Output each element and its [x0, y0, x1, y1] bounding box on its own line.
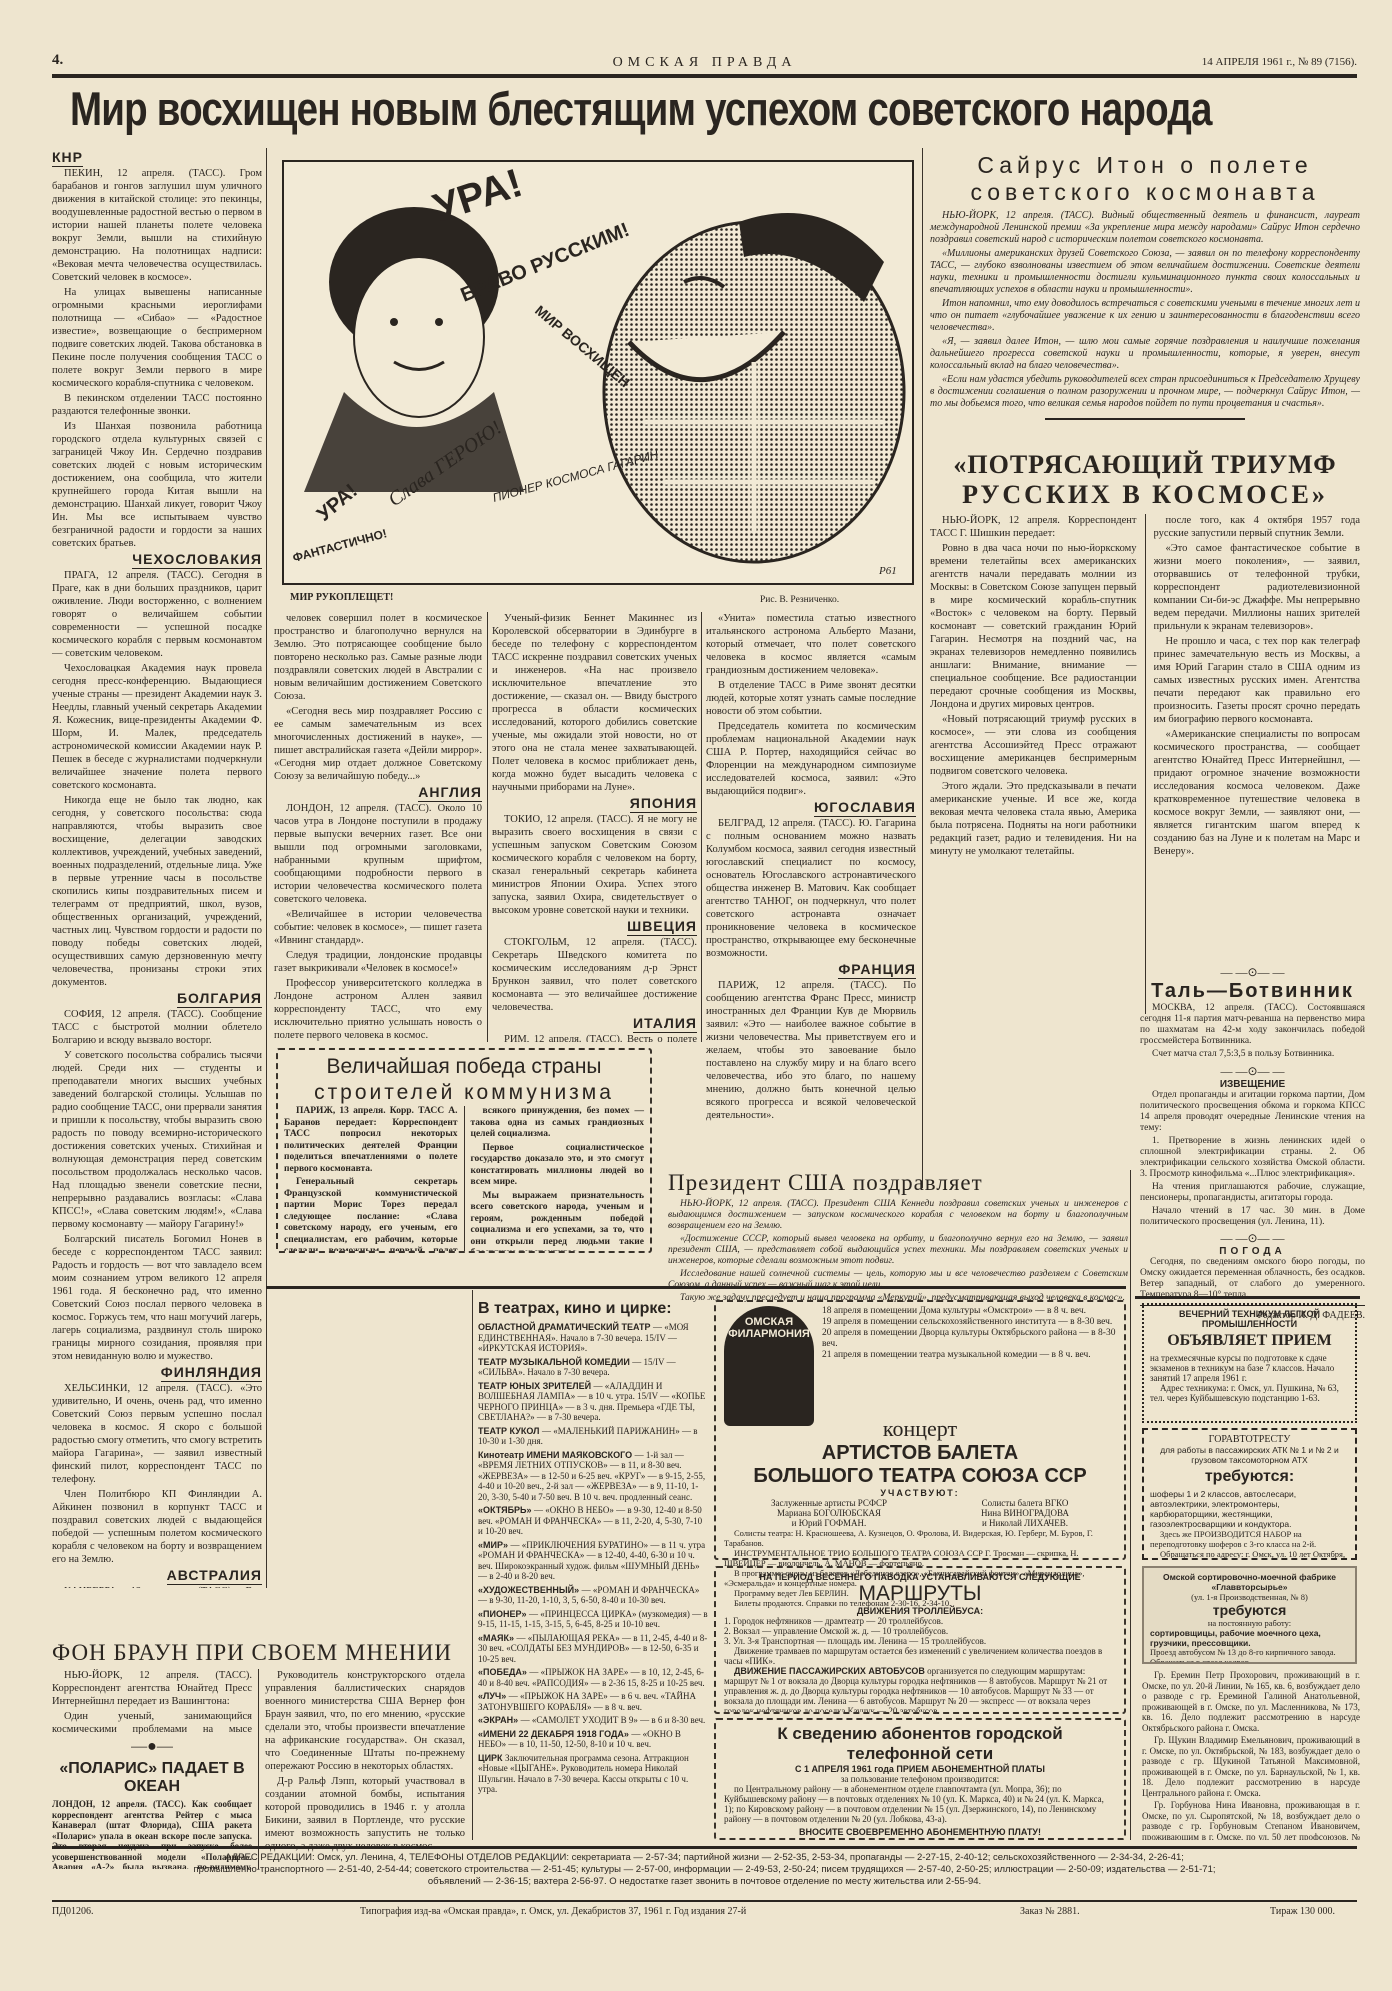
- venue-schedule: — «САМОЛЕТ УХОДИТ В 9» — в 6 и 8-30 веч.: [521, 1715, 706, 1725]
- paragraph: «Унита» поместила статью известного итал…: [706, 612, 916, 677]
- theater-listing-item: Кинотеатр ИМЕНИ МАЯКОВСКОГО — 1-й зал — …: [478, 1450, 708, 1503]
- theater-listing-item: «ЭКРАН» — «САМОЛЕТ УХОДИТ В 9» — в 6 и 8…: [478, 1715, 708, 1726]
- paragraph: Руководитель конструкторского отдела упр…: [265, 1669, 465, 1773]
- vonbraun-headline: ФОН БРАУН ПРИ СВОЕМ МНЕНИИ: [52, 1640, 467, 1666]
- triumph-article: «ПОТРЯСАЮЩИЙ ТРИУМФ РУССКИХ В КОСМОСЕ» Н…: [930, 450, 1360, 1014]
- venue-name: ТЕАТР КУКОЛ: [478, 1426, 542, 1436]
- paragraph: Итон напомнил, что ему доводилось встреч…: [930, 298, 1360, 334]
- column-world-reactions: КНРПЕКИН, 12 апреля. (ТАСС). Гром бараба…: [52, 148, 262, 1588]
- venue-name: «ИМЕНИ 22 ДЕКАБРЯ 1918 ГОДА»: [478, 1729, 631, 1739]
- factory-org: Омской сортировочно-моечной фабрике «Гла…: [1150, 1572, 1349, 1592]
- technikum-org: ВЕЧЕРНИЙ ТЕХНИКУМ ЛЕГКОЙ ПРОМЫШЛЕННОСТИ: [1150, 1309, 1349, 1329]
- weather-heading: ПОГОДА: [1140, 1246, 1365, 1257]
- telephone-ad: К сведению абонентов городской телефонно…: [714, 1718, 1126, 1840]
- factory-text1: на постоянную работу:: [1150, 1618, 1349, 1628]
- venue-name: «ХУДОЖЕСТВЕННЫЙ»: [478, 1585, 582, 1595]
- theater-listing-item: «МАЯК» — «ПЫЛАЮЩАЯ РЕКА» — в 11, 2-45, 4…: [478, 1633, 708, 1665]
- triumph-headline-2: РУССКИХ В КОСМОСЕ»: [930, 480, 1360, 510]
- venue-name: Кинотеатр ИМЕНИ МАЯКОВСКОГО: [478, 1450, 635, 1460]
- theaters-listing: В театрах, кино и цирке: ОБЛАСТНОЙ ДРАМА…: [478, 1300, 708, 1840]
- paragraph: «Если нам удастся убедить руководителей …: [930, 374, 1360, 410]
- routes-ad: НА ПЕРИОД ВЕСЕННЕГО ПАВОДКА УСТАНАВЛИВАЮ…: [714, 1566, 1126, 1714]
- masthead-rule: [52, 74, 1357, 78]
- paragraph: ПЕКИН, 12 апреля. (ТАСС). Гром барабанов…: [52, 167, 262, 284]
- divorce-notice: Гр. Еремин Петр Прохорович, проживающий …: [1142, 1670, 1360, 1733]
- paragraph: Мы выражаем признательность всего советс…: [470, 1191, 644, 1254]
- paragraph: ТОКИО, 12 апреля. (ТАСС). Я не могу не в…: [492, 813, 697, 917]
- paragraph: ПРАГА, 12 апреля. (ТАСС). Сегодня в Праг…: [52, 569, 262, 660]
- paragraph: СОФИЯ, 12 апреля. (ТАСС). Сообщение ТАСС…: [52, 1008, 262, 1047]
- theater-listing-item: «ИМЕНИ 22 ДЕКАБРЯ 1918 ГОДА» — «ОКНО В Н…: [478, 1729, 708, 1750]
- paragraph: ЛОНДОН, 12 апреля. (ТАСС). Около 10 часо…: [274, 802, 482, 906]
- masthead: 4. ОМСКАЯ ПРАВДА 14 АПРЕЛЯ 1961 г., № 89…: [52, 52, 1357, 74]
- technikum-text: на трехмесячные курсы по подготовке к сд…: [1150, 1353, 1349, 1383]
- theater-listing-item: «ЛУЧ» — «ПРЫЖОК НА ЗАРЕ» — в 6 ч. веч. «…: [478, 1691, 708, 1712]
- paragraph: В пекинском отделении ТАСС постоянно раз…: [52, 392, 262, 418]
- theater-listing-item: ТЕАТР КУКОЛ — «МАЛЕНЬКИЙ ПАРИЖАНИН» — в …: [478, 1426, 708, 1447]
- divorce-notice: Гр. Горбунова Нина Ивановна, проживающая…: [1142, 1800, 1360, 1840]
- concert-date: 21 апреля в помещении театра музыкальной…: [822, 1350, 1116, 1361]
- paragraph: Профессор университетского колледжа в Ло…: [274, 977, 482, 1042]
- paragraph: «Американские специалисты по вопросам ко…: [1154, 728, 1361, 858]
- venue-name: ТЕАТР МУЗЫКАЛЬНОЙ КОМЕДИИ: [478, 1357, 632, 1367]
- theater-listing-item: «ПОБЕДА» — «ПРЫЖОК НА ЗАРЕ» — в 10, 12, …: [478, 1667, 708, 1688]
- paragraph: Начало чтений в 17 час. 30 мин. в Доме п…: [1140, 1206, 1365, 1228]
- paragraph: Генеральный секретарь Французской коммун…: [284, 1177, 458, 1253]
- factory-text3: Проезд автобусом № 13 до 8-го кирпичного…: [1150, 1648, 1349, 1664]
- venue-schedule: — «ПРИКЛЮЧЕНИЯ БУРАТИНО» — в 11 ч. утра …: [478, 1540, 705, 1582]
- footer-order: Заказ № 2881.: [1020, 1906, 1080, 1917]
- paragraph: ПАРИЖ, 12 апреля. (ТАСС). По сообщению а…: [706, 979, 916, 1122]
- paragraph: ПАРИЖ, 13 апреля. Корр. ТАСС А. Баранов …: [284, 1106, 458, 1175]
- paragraph: Д-р Ральф Лэпп, который участвовал в соз…: [265, 1775, 465, 1853]
- section-heading: ЯПОНИЯ: [492, 797, 697, 810]
- triumph-headline-1: «ПОТРЯСАЮЩИЙ ТРИУМФ: [930, 450, 1360, 480]
- paragraph: всякого принуждения, без помех — такова …: [470, 1106, 644, 1141]
- performer: Заслуженные артисты РСФСР: [771, 1498, 887, 1508]
- footer-address: АДРЕС РЕДАКЦИИ: Омск, ул. Ленина, 4, ТЕЛ…: [52, 1852, 1357, 1888]
- footer-code: ПД01206.: [52, 1906, 94, 1917]
- venue-schedule: Заключительная программа сезона. Аттракц…: [478, 1753, 689, 1795]
- cartoon-credit: Рис. В. Резниченко.: [760, 595, 839, 605]
- section-heading: БОЛГАРИЯ: [52, 992, 262, 1005]
- paragraph: Счет матча стал 7,5:3,5 в пользу Ботвинн…: [1140, 1049, 1365, 1060]
- trolley-route: 1. Городок нефтяников — драмтеатр — 20 т…: [724, 1616, 1116, 1626]
- issue-info: 14 АПРЕЛЯ 1961 г., № 89 (7156).: [1202, 56, 1357, 68]
- gorautotrest-address: Обращаться по адресу: г. Омск, ул. 10 ле…: [1150, 1549, 1349, 1560]
- president-headline: Президент США поздравляет: [668, 1170, 1128, 1196]
- section-heading: ЧЕХОСЛОВАКИЯ: [52, 553, 262, 566]
- vonbraun-article: ФОН БРАУН ПРИ СВОЕМ МНЕНИИ НЬЮ-ЙОРК, 12 …: [52, 1640, 467, 1869]
- theater-listing-item: «ХУДОЖЕСТВЕННЫЙ» — «РОМАН И ФРАНЧЕСКА» —…: [478, 1585, 708, 1606]
- theater-listing-item: «ОКТЯБРЬ» — «ОКНО В НЕБО» — в 9-30, 12-4…: [478, 1505, 708, 1537]
- paragraph: «Это самое фантастическое событие в жизн…: [1154, 542, 1361, 633]
- theater-listing-item: ТЕАТР ЮНЫХ ЗРИТЕЛЕЙ — «АЛАДДИН И ВОЛШЕБН…: [478, 1381, 708, 1423]
- polaris-headline: «ПОЛАРИС» ПАДАЕТ В ОКЕАН: [52, 1760, 252, 1796]
- paragraph: На чтения приглашаются рабочие, служащие…: [1140, 1182, 1365, 1204]
- theater-listing-item: ТЕАТР МУЗЫКАЛЬНОЙ КОМЕДИИ — 15/IV — «СИЛ…: [478, 1357, 708, 1378]
- performer: Солисты балета ВГКО: [981, 1498, 1069, 1508]
- column-japan-sweden: Ученый-физик Беннет Макиннес из Королевс…: [492, 612, 697, 1042]
- paragraph: МОСКВА, 12 апреля. (ТАСС). Состоявшаяся …: [1140, 1003, 1365, 1047]
- paragraph: На улицах вывешены написанные огромными …: [52, 286, 262, 390]
- venue-name: «ПИОНЕР»: [478, 1609, 529, 1619]
- gorautotrest-text: шоферы 1 и 2 классов, автослесари, автоэ…: [1150, 1489, 1349, 1529]
- trolley-heading: ДВИЖЕНИЯ ТРОЛЛЕЙБУСА:: [724, 1606, 1116, 1616]
- paragraph: НЬЮ-ЙОРК, 12 апреля. Корреспондент ТАСС …: [930, 514, 1137, 540]
- paragraph: человек совершил полет в космическое про…: [274, 612, 482, 703]
- paragraph: ХЕЛЬСИНКИ, 12 апреля. (ТАСС). «Это удиви…: [52, 1382, 262, 1486]
- concert-title-2: БОЛЬШОГО ТЕАТРА СОЮЗА ССР: [724, 1465, 1116, 1488]
- performer: Нина ВИНОГРАДОВА: [981, 1508, 1069, 1518]
- theater-listing-item: ЦИРК Заключительная программа сезона. Ат…: [478, 1753, 708, 1795]
- theaters-heading: В театрах, кино и цирке:: [478, 1300, 708, 1318]
- venue-name: «ОКТЯБРЬ»: [478, 1505, 534, 1515]
- paragraph: БЕЛГРАД, 12 апреля. (ТАСС). Ю. Гагарина …: [706, 817, 916, 960]
- paragraph: Никогда еще не было так людно, как сегод…: [52, 794, 262, 989]
- paragraph: Один ученый, занимающийся космическими п…: [52, 1710, 252, 1734]
- paragraph: Не прошло и часа, с тех пор как телеграф…: [1154, 635, 1361, 726]
- theater-listing-item: «ПИОНЕР» — «ПРИНЦЕССА ЦИРКА» (музкомедия…: [478, 1609, 708, 1630]
- concert-detail: ИНСТРУМЕНТАЛЬНОЕ ТРИО БОЛЬШОГО ТЕАТРА СО…: [724, 1548, 1116, 1568]
- gorautotrest-sub: для работы в пассажирских АТК № 1 и № 2 …: [1150, 1445, 1349, 1465]
- bus-heading: ДВИЖЕНИЕ ПАССАЖИРСКИХ АВТОБУСОВ: [734, 1666, 925, 1676]
- gorautotrest-org: ГОРАВТОТРЕСТУ: [1150, 1434, 1349, 1445]
- performer: Мариана БОГОЛЮБСКАЯ: [771, 1508, 887, 1518]
- section-heading: АНГЛИЯ: [274, 786, 482, 799]
- paragraph: Этого ждали. Это предсказывали в печати …: [930, 780, 1137, 858]
- section-heading: ИТАЛИЯ: [492, 1017, 697, 1030]
- main-headline: Мир восхищен новым блестящим успехом сов…: [70, 82, 1128, 136]
- trolley-route: 2. Вокзал — управление Омской ж. д. — 10…: [724, 1626, 1116, 1636]
- venue-name: ОБЛАСТНОЙ ДРАМАТИЧЕСКИЙ ТЕАТР: [478, 1322, 653, 1332]
- footer-circulation: Тираж 130 000.: [1270, 1906, 1335, 1917]
- cartoon: УРА! БРАВО РУССКИМ! МИР ВОСХИЩЕН УРА! Сл…: [282, 160, 914, 585]
- paragraph: Член Политбюро КП Финляндии А. Айкинен п…: [52, 1488, 262, 1566]
- notice-heading: ИЗВЕЩЕНИЕ: [1140, 1079, 1365, 1090]
- telephone-text: по Центральному району — в абонементном …: [724, 1784, 1116, 1824]
- weather-text: Сегодня, по сведениям омского бюро погод…: [1140, 1257, 1365, 1301]
- paragraph: Ученый-физик Беннет Макиннес из Королевс…: [492, 612, 697, 794]
- paragraph: «Новый потрясающий триумф русских в косм…: [930, 713, 1137, 778]
- paragraph: У советского посольства собрались тысячи…: [52, 1049, 262, 1231]
- venue-name: ЦИРК: [478, 1753, 505, 1763]
- paragraph: Болгарский писатель Богомил Нонев в бесе…: [52, 1233, 262, 1363]
- paragraph: НЬЮ-ЙОРК, 12 апреля. (ТАСС). Видный обще…: [930, 210, 1360, 246]
- section-heading: КНР: [52, 151, 262, 164]
- gorautotrest-title: требуются:: [1150, 1468, 1349, 1486]
- svg-text:УРА!: УРА!: [428, 162, 527, 231]
- venue-name: «МАЯК»: [478, 1633, 516, 1643]
- paragraph: «Миллионы американских друзей Советского…: [930, 248, 1360, 296]
- concert-date: 20 апреля в помещении Дворца культуры Ок…: [822, 1328, 1116, 1350]
- technikum-title: ОБЪЯВЛЯЕТ ПРИЕМ: [1150, 1332, 1349, 1350]
- section-heading: ФИНЛЯНДИЯ: [52, 1366, 262, 1379]
- factory-text2: сортировщицы, рабочие моечного цеха, гру…: [1150, 1628, 1349, 1648]
- paragraph: Чехословацкая Академия наук провела сего…: [52, 662, 262, 792]
- section-heading: АВСТРАЛИЯ: [52, 1569, 262, 1582]
- technikum-address: Адрес техникума: г. Омск, ул. Пушкина, №…: [1150, 1383, 1349, 1403]
- paragraph: Первое социалистическое государство дока…: [470, 1143, 644, 1189]
- trolley-route: 3. Ул. 3-я Транспортная — площадь им. Ле…: [724, 1636, 1116, 1646]
- victory-headline-2: строителей коммунизма: [284, 1080, 644, 1106]
- gorautotrest-ad: ГОРАВТОТРЕСТУ для работы в пассажирских …: [1142, 1428, 1357, 1560]
- venue-name: ТЕАТР ЮНЫХ ЗРИТЕЛЕЙ: [478, 1381, 594, 1391]
- eaton-headline-2: советского космонавта: [930, 179, 1360, 206]
- performer: и Николай ЛИХАЧЕВ.: [981, 1518, 1069, 1528]
- newspaper-name: ОМСКАЯ ПРАВДА: [52, 55, 1357, 71]
- section-heading: ФРАНЦИЯ: [706, 963, 916, 976]
- divorce-notice: Гр. Щукин Владимир Емельянович, проживаю…: [1142, 1735, 1360, 1798]
- paragraph: Из Шанхая позвонила работница городского…: [52, 420, 262, 550]
- telephone-footer: ВНОСИТЕ СВОЕВРЕМЕННО АБОНЕМЕНТНУЮ ПЛАТУ!: [724, 1827, 1116, 1837]
- performer: и Юрий ГОФМАН.: [771, 1518, 887, 1528]
- eaton-headline-1: Сайрус Итон о полете: [930, 152, 1360, 179]
- column-england: человек совершил полет в космическое про…: [274, 612, 482, 1042]
- paragraph: Отдел пропаганды и агитации горкома парт…: [1140, 1090, 1365, 1134]
- footer-printing: Типография изд-ва «Омская правда», г. Ом…: [360, 1906, 746, 1917]
- paragraph: КАНБЕРРА, 12 апреля. (ТАСС). Все австрал…: [52, 1585, 262, 1588]
- chess-headline: Таль—Ботвинник: [1140, 980, 1365, 1003]
- venue-name: «МИР»: [478, 1540, 510, 1550]
- telephone-subtitle: С 1 АПРЕЛЯ 1961 года ПРИЕМ АБОНЕМЕНТНОЙ …: [724, 1764, 1116, 1774]
- paragraph: НЬЮ-ЙОРК, 12 апреля. (ТАСС). Президент С…: [668, 1199, 1128, 1232]
- section-heading: ШВЕЦИЯ: [492, 920, 697, 933]
- paragraph: Ровно в два часа ночи по нью-йоркскому в…: [930, 542, 1137, 711]
- svg-text:Р61: Р61: [878, 565, 897, 577]
- column-yugoslavia-france: «Унита» поместила статью известного итал…: [706, 612, 916, 1172]
- concert-date: 18 апреля в помещении Дома культуры «Омс…: [822, 1306, 1116, 1317]
- eaton-article: Сайрус Итон о полете советского космонав…: [930, 152, 1360, 420]
- telephone-sub2: за пользование телефоном производится:: [724, 1774, 1116, 1784]
- venue-name: «ЛУЧ»: [478, 1691, 509, 1701]
- svg-text:ФАНТАСТИЧНО!: ФАНТАСТИЧНО!: [291, 526, 388, 565]
- venue-name: «ЭКРАН»: [478, 1715, 521, 1725]
- concert-ad: ОМСКАЯ ФИЛАРМОНИЯ 18 апреля в помещении …: [714, 1300, 1126, 1560]
- paragraph: Председатель комитета по космическим про…: [706, 720, 916, 798]
- theater-listing-item: ОБЛАСТНОЙ ДРАМАТИЧЕСКИЙ ТЕАТР — «МОЯ ЕДИ…: [478, 1322, 708, 1354]
- gorautotrest-set: Здесь же ПРОИЗВОДИТСЯ НАБОР на переподго…: [1150, 1529, 1349, 1549]
- paragraph: «Достижение СССР, который вывел человека…: [668, 1234, 1128, 1267]
- tram-note: Движение трамваев по маршрутам остается …: [724, 1646, 1116, 1666]
- cartoon-illustration: УРА! БРАВО РУССКИМ! МИР ВОСХИЩЕН УРА! Сл…: [284, 162, 914, 585]
- factory-address: (ул. 1-я Производственная, № 8): [1150, 1592, 1349, 1602]
- paragraph: В отделение ТАСС в Риме звонят десятки л…: [706, 679, 916, 718]
- paragraph: Следуя традиции, лондонские продавцы газ…: [274, 949, 482, 975]
- concert-detail: Солисты театра: Н. Красношеева, А. Кузне…: [724, 1528, 1116, 1548]
- paragraph: 1. Претворение в жизнь ленинских идей о …: [1140, 1136, 1365, 1180]
- paragraph: НЬЮ-ЙОРК, 12 апреля. (ТАСС). Корреспонде…: [52, 1669, 252, 1708]
- paragraph: «Сегодня весь мир поздравляет Россию с е…: [274, 705, 482, 783]
- cartoon-caption: МИР РУКОПЛЕЩЕТ!: [290, 592, 393, 603]
- factory-ad: Омской сортировочно-моечной фабрике «Гла…: [1142, 1566, 1357, 1664]
- concert-title-1: АРТИСТОВ БАЛЕТА: [724, 1442, 1116, 1465]
- paragraph: «Величайшее в истории человечества событ…: [274, 908, 482, 947]
- technikum-ad: ВЕЧЕРНИЙ ТЕХНИКУМ ЛЕГКОЙ ПРОМЫШЛЕННОСТИ …: [1142, 1303, 1357, 1423]
- participants-heading: УЧАСТВУЮТ:: [724, 1488, 1116, 1498]
- paragraph: после того, как 4 октября 1957 года русс…: [1154, 514, 1361, 540]
- philharmonic-logo: ОМСКАЯ ФИЛАРМОНИЯ: [724, 1306, 814, 1426]
- venue-schedule: — «ПРЫЖОК НА ЗАРЕ» — в 6 ч. веч. «ТАЙНА …: [478, 1691, 696, 1712]
- routes-intro: НА ПЕРИОД ВЕСЕННЕГО ПАВОДКА УСТАНАВЛИВАЮ…: [724, 1572, 1116, 1582]
- telephone-title: К сведению абонентов городской телефонно…: [724, 1724, 1116, 1764]
- factory-title: требуются: [1150, 1602, 1349, 1618]
- paragraph: СТОКГОЛЬМ, 12 апреля. (ТАСС). Секретарь …: [492, 936, 697, 1014]
- section-heading: ЮГОСЛАВИЯ: [706, 801, 916, 814]
- paragraph: РИМ, 12 апреля. (ТАСС). Весть о полете с…: [492, 1033, 697, 1042]
- venue-name: «ПОБЕДА»: [478, 1667, 529, 1677]
- divorce-notices: Гр. Еремин Петр Прохорович, проживающий …: [1142, 1670, 1360, 1840]
- concert-date: 19 апреля в помещении сельскохозяйственн…: [822, 1317, 1116, 1328]
- chess-article: — —⊙— — Таль—Ботвинник МОСКВА, 12 апреля…: [1140, 965, 1365, 1321]
- routes-title: МАРШРУТЫ: [724, 1582, 1116, 1606]
- theater-listing-item: «МИР» — «ПРИКЛЮЧЕНИЯ БУРАТИНО» — в 11 ч.…: [478, 1540, 708, 1582]
- paragraph: «Я, — заявил далее Итон, — шлю мои самые…: [930, 336, 1360, 372]
- victory-headline-1: Величайшая победа страны: [284, 1054, 644, 1080]
- victory-article: Величайшая победа страны строителей комм…: [276, 1048, 652, 1253]
